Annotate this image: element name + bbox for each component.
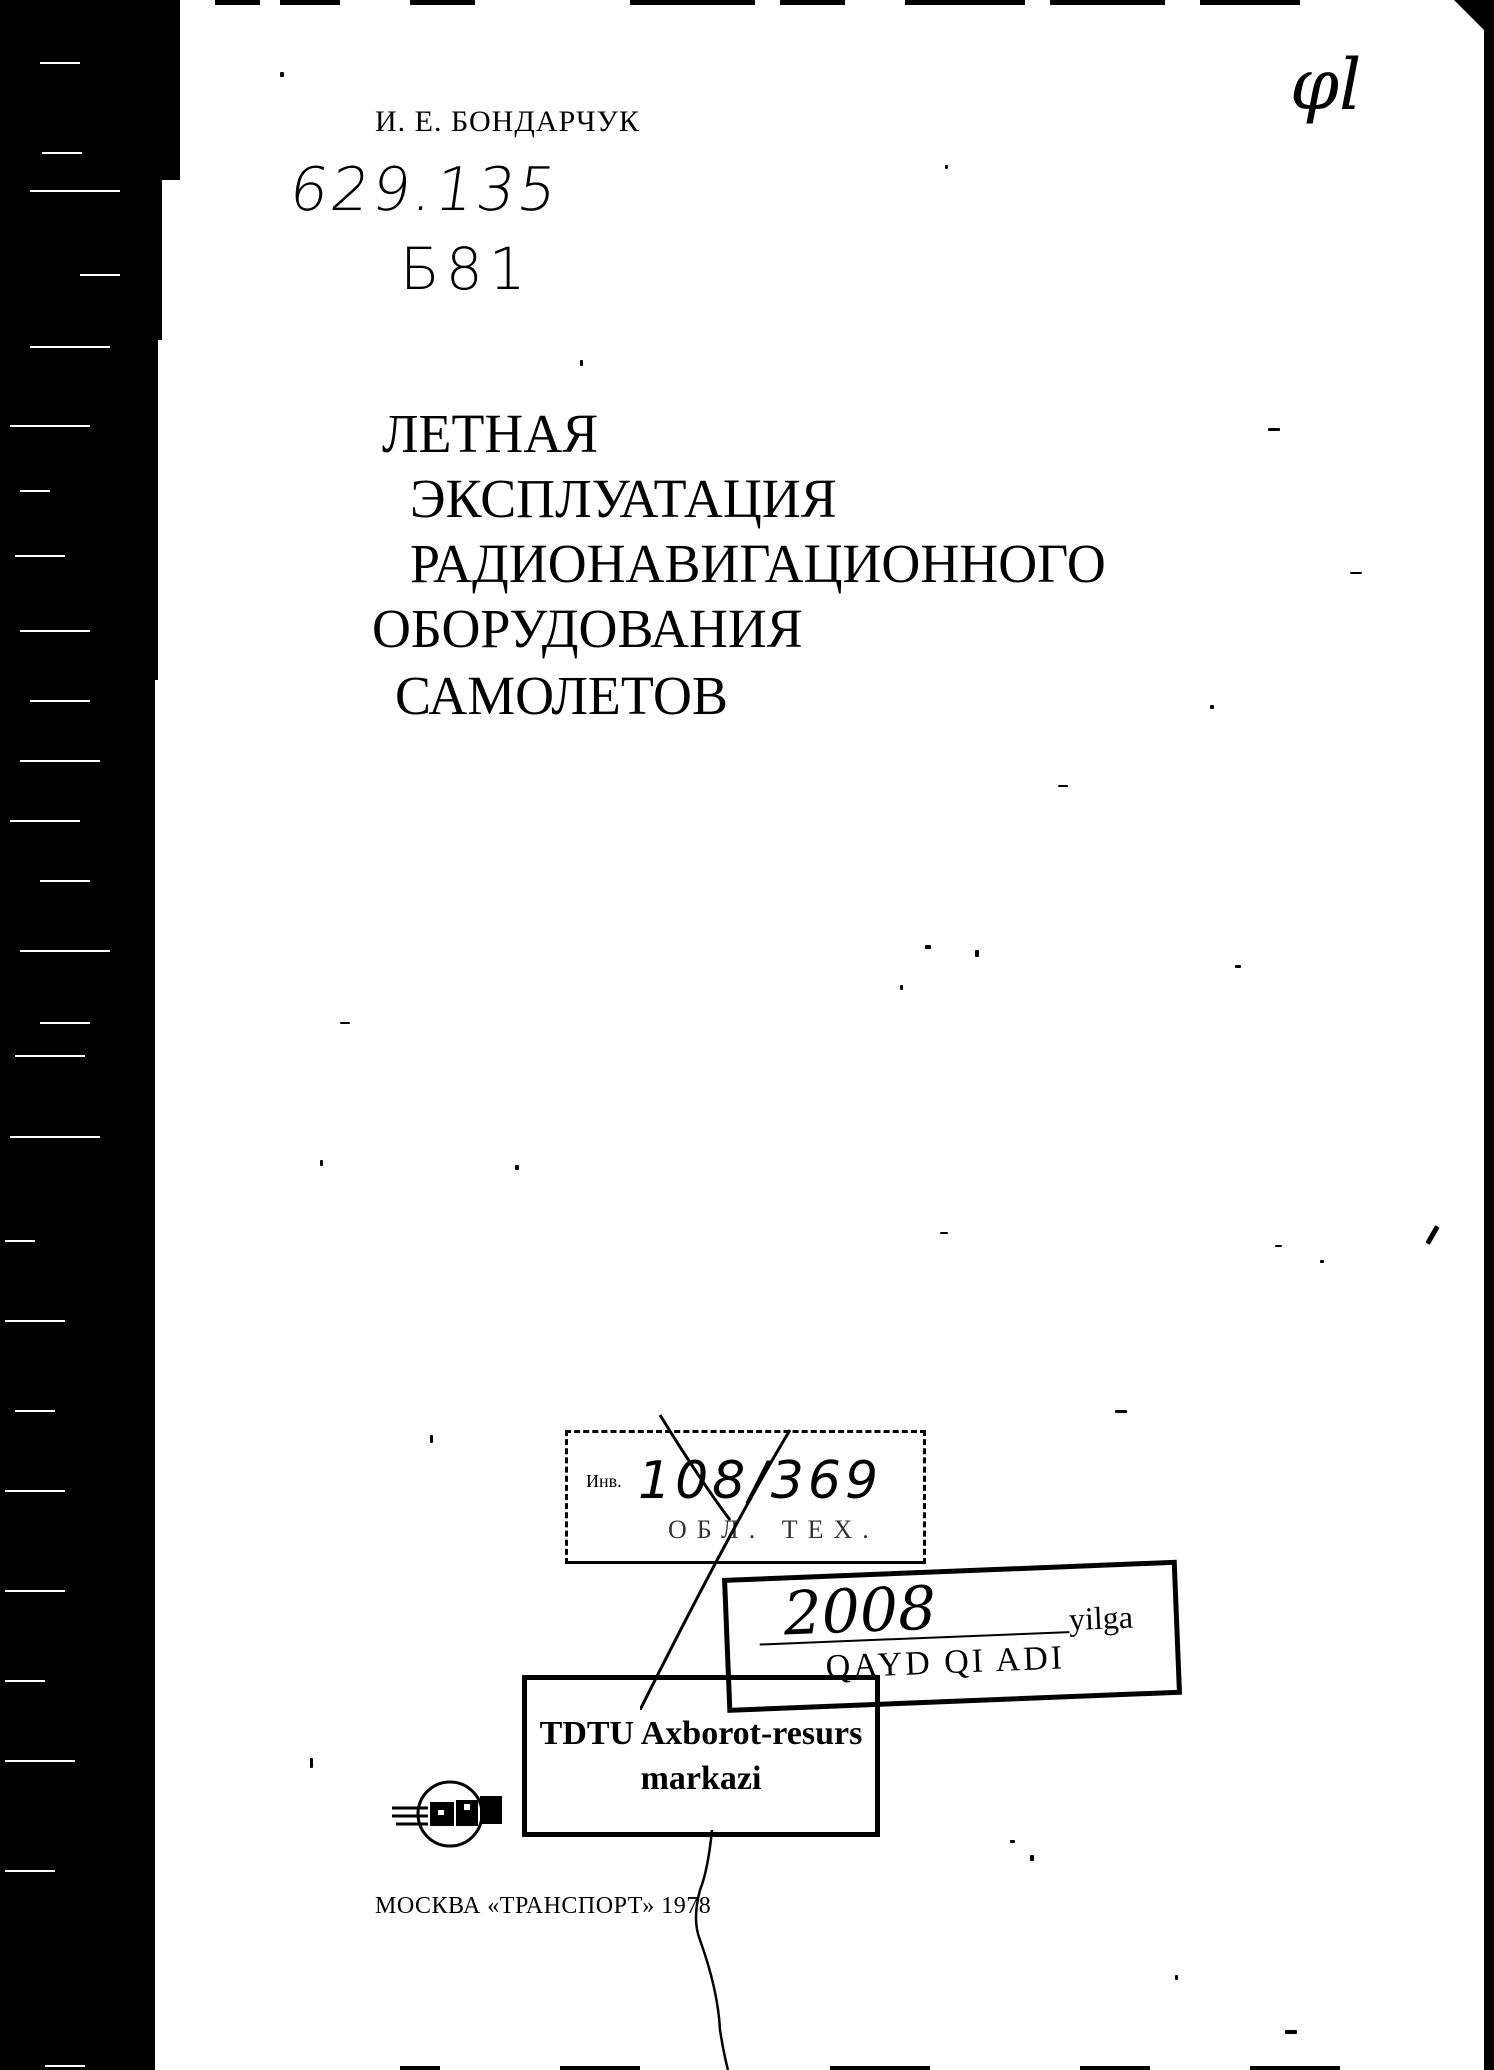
library-stamp: TDTU Axborot-resurs markazi xyxy=(522,1675,880,1837)
transport-publisher-logo-icon xyxy=(388,1772,508,1852)
registration-suffix: yilga xyxy=(1068,1599,1133,1639)
title-line: ОБОРУДОВАНИЯ xyxy=(372,595,803,663)
author-name: И. Е. БОНДАРЧУК xyxy=(375,105,640,139)
publisher-imprint: МОСКВА «ТРАНСПОРТ» 1978 xyxy=(375,1893,711,1920)
inventory-prefix: Инв. xyxy=(586,1471,622,1492)
handwritten-stroke xyxy=(690,1830,750,2070)
registration-year-handwritten: 2008 xyxy=(782,1578,937,1644)
title-line: САМОЛЕТОВ xyxy=(395,662,728,730)
scan-left-edge xyxy=(0,0,150,2070)
shelf-code-handwritten: 629.135 xyxy=(286,160,564,220)
title-line: ЭКСПЛУАТАЦИЯ xyxy=(410,465,837,533)
title-line: РАДИОНАВИГАЦИОННОГО xyxy=(410,530,1106,598)
scan-right-edge xyxy=(1484,30,1494,2070)
title-line: ЛЕТНАЯ xyxy=(382,400,598,468)
shelf-mark-handwritten: Б81 xyxy=(400,240,532,298)
library-stamp-line1: TDTU Axborot-resurs xyxy=(527,1715,875,1753)
corner-note-handwritten: φl xyxy=(1290,50,1361,120)
scan-corner xyxy=(1454,0,1494,40)
library-stamp-line2: markazi xyxy=(527,1760,875,1798)
